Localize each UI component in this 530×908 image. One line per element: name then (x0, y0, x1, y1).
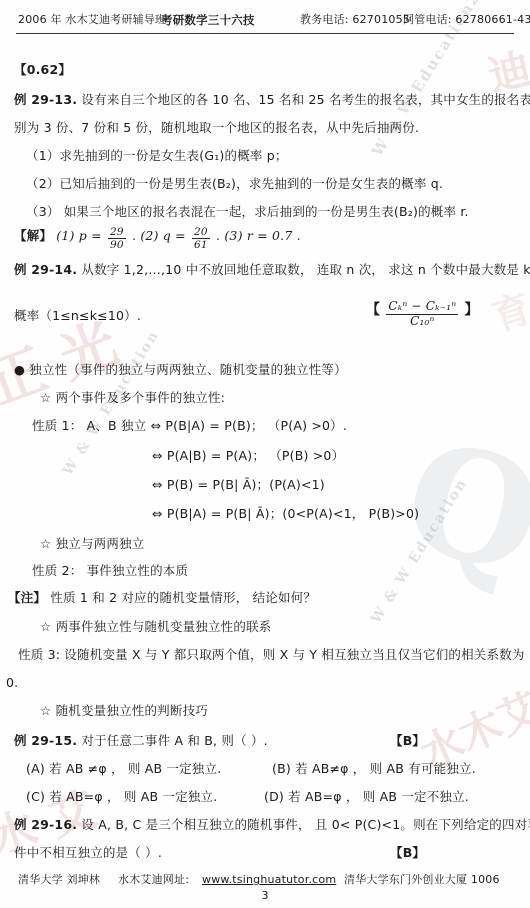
example-29-16-line2: 件中不相互独立的是（ ）. (14, 845, 162, 861)
solution-label: 【解】 (14, 228, 52, 243)
watermark-text: 育 (484, 277, 530, 341)
solution-part2: . (2) q = (132, 228, 186, 243)
note-line: 【注】 性质 1 和 2 对应的随机变量情形， 结论如何？ (8, 590, 316, 606)
section-heading-independence: ● 独立性（事件的独立与两两独立、随机变量的独立性等） (14, 362, 347, 378)
equivalence-3: ⇔ P(B) = P(B| Ā)；(P(A)<1) (152, 477, 325, 493)
property-2: 性质 2： 事件独立性的本质 (32, 563, 188, 579)
header-phone-net: 网管电话: 62780661-433 (403, 13, 530, 27)
property-1: 性质 1： A、B 独立 ⇔ P(B|A) = P(B)； （P(A) >0）. (32, 418, 347, 434)
fraction-p: 29 90 (108, 226, 126, 251)
previous-answer: 【0.62】 (14, 62, 71, 78)
answer-bracket-open: 【 (366, 302, 380, 318)
fraction-q-denominator: 61 (192, 238, 210, 251)
watermark-text: W & W Education (368, 475, 471, 626)
option-a: (A) 若 AB ≠φ ， 则 AB 一定独立. (26, 761, 221, 777)
example-29-15-answer: 【B】 (390, 733, 425, 749)
solution-part1: (1) p = (56, 228, 102, 243)
example-29-14-line1: 例 29-14. 从数字 1,2,…,10 中不放回地任意取数， 连取 n 次，… (14, 262, 530, 278)
answer-bracket-close: 】 (464, 302, 478, 318)
fraction-p-numerator: 29 (108, 226, 126, 238)
example-29-13-q3: （3） 如果三个地区的报名表混在一起，求后抽到的一份是男生表(B₂)的概率 r. (26, 204, 469, 220)
example-29-16-text1: 设 A, B, C 是三个相互独立的随机事件， 且 0< P(C)<1。则在下列… (81, 817, 530, 832)
answer-fraction-denominator: C₁₀ⁿ (386, 314, 458, 329)
example-29-14-label: 例 29-14. (14, 262, 77, 277)
example-29-15-stem: 例 29-15. 对于任意二事件 A 和 B, 则（ ）. (14, 733, 268, 749)
answer-fraction-numerator: Cₖⁿ − Cₖ₋₁ⁿ (386, 300, 458, 314)
example-29-13-line2: 别为 3 份、7 份和 5 份，随机地取一个地区的报名表，从中先后抽两份. (14, 120, 419, 136)
document-page: 正 光 W & W Education2006 W & W Education … (0, 0, 530, 908)
footer-institution: 清华大学 刘坤林 (18, 873, 100, 887)
fraction-q-numerator: 20 (192, 226, 210, 238)
star-item-two-events: ☆ 两个事件及多个事件的独立性: (40, 390, 225, 406)
header-phone-admin: 教务电话: 62701055 (300, 13, 410, 27)
header-divider (16, 33, 514, 34)
property-3-line2: 0. (6, 675, 18, 691)
fraction-q: 20 61 (192, 226, 210, 251)
example-29-13-solution: 【解】 (1) p = 29 90 . (2) q = 20 61 . (3) … (14, 226, 301, 251)
equivalence-4: ⇔ P(B|A) = P(B| Ā)；(0<P(A)<1， P(B)>0) (152, 506, 419, 522)
option-b: (B) 若 AB≠φ ， 则 AB 有可能独立. (272, 761, 476, 777)
star-item-judgement: ☆ 随机变量独立性的判断技巧 (40, 703, 208, 719)
footer-address: 清华大学东门外创业大厦 1006 (344, 873, 500, 887)
property-3-line1: 性质 3: 设随机变量 X 与 Y 都只取两个值，则 X 与 Y 相互独立当且仅… (18, 647, 525, 663)
example-29-13-line1: 例 29-13. 设有来自三个地区的各 10 名、15 名和 25 名考生的报名… (14, 92, 530, 108)
footer-site-url[interactable]: www.tsinghuatutor.com (202, 873, 336, 887)
header-course: 2006 年 水木艾迪考研辅导班 (18, 13, 166, 27)
footer-site-label: 水木艾迪网址: (118, 873, 189, 887)
example-29-13-q2: （2）已知后抽到的一份是男生表(B₂)，求先抽到的一份是女生表的概率 q. (26, 176, 443, 192)
note-label: 【注】 (8, 590, 46, 605)
solution-part3: . (3) r = 0.7 . (216, 228, 301, 243)
example-29-15-label: 例 29-15. (14, 733, 77, 748)
example-29-16-answer: 【B】 (390, 845, 425, 861)
example-29-16-label: 例 29-16. (14, 817, 77, 832)
example-29-16-line1: 例 29-16. 设 A, B, C 是三个相互独立的随机事件， 且 0< P(… (14, 817, 530, 833)
example-29-13-text1: 设有来自三个地区的各 10 名、15 名和 25 名考生的报名表，其中女生的报名… (81, 92, 530, 107)
equivalence-2: ⇔ P(A|B) = P(A)； （P(B) >0） (152, 448, 344, 464)
note-text: 性质 1 和 2 对应的随机变量情形， 结论如何？ (50, 590, 316, 605)
star-item-rv-link: ☆ 两事件独立性与随机变量独立性的联系 (40, 619, 271, 635)
example-29-13-label: 例 29-13. (14, 92, 77, 107)
star-item-pairwise: ☆ 独立与两两独立 (40, 536, 144, 552)
page-number: 3 (0, 889, 530, 902)
option-d: (D) 若 AB=φ ， 则 AB 一定不独立. (264, 789, 469, 805)
example-29-15-text: 对于任意二事件 A 和 B, 则（ ）. (81, 733, 267, 748)
header-title: 考研数学三十六技 (161, 13, 255, 27)
example-29-14-line2: 概率（1≤n≤k≤10）. (14, 308, 141, 324)
example-29-14-text1: 从数字 1,2,…,10 中不放回地任意取数， 连取 n 次， 求这 n 个数中… (81, 262, 530, 277)
fraction-p-denominator: 90 (108, 238, 126, 251)
option-c: (C) 若 AB=φ ， 则 AB 一定独立. (26, 789, 217, 805)
example-29-13-q1: （1）求先抽到的一份是女生表(G₁)的概率 p； (26, 148, 288, 164)
answer-fraction: Cₖⁿ − Cₖ₋₁ⁿ C₁₀ⁿ (386, 300, 458, 329)
example-29-14-answer: 【 Cₖⁿ − Cₖ₋₁ⁿ C₁₀ⁿ 】 (366, 300, 479, 329)
